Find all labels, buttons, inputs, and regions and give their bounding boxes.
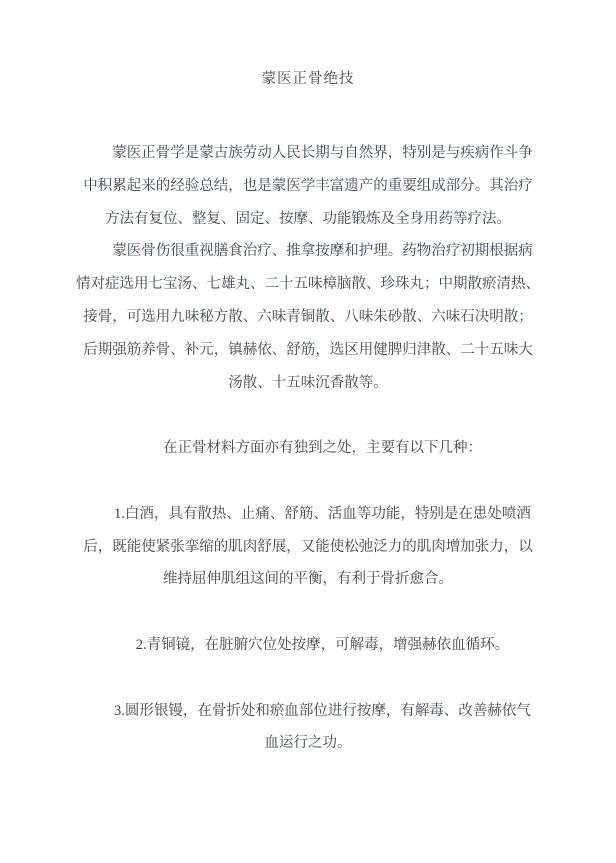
- blank-line-1: [0, 399, 616, 432]
- text-line-14: 3.圆形银镘，在骨折处和瘀血部位进行按摩，有解毒、改善赫依气: [0, 695, 616, 728]
- document-body: 蒙医正骨学是蒙古族劳动人民长期与自然界，特别是与疾病作斗争 中积累起来的经验总结…: [0, 137, 616, 760]
- text-line-12: 维持屈伸肌组这间的平衡，有利于骨折愈合。: [0, 563, 616, 596]
- text-line-7: 后期强筋养骨、补元，镇赫依、舒筋，选区用健脾归津散、二十五味大: [0, 334, 616, 367]
- blank-line-2: [0, 465, 616, 498]
- text-line-10: 1.白酒，具有散热、止痛、舒筋、活血等功能，特别是在患处喷酒: [0, 498, 616, 531]
- text-line-4: 蒙医骨伤很重视膳食治疗、推拿按摩和护理。药物治疗初期根据病: [0, 235, 616, 268]
- text-line-11: 后，既能使紧张挛缩的肌肉舒展，又能使松弛泛力的肌肉增加张力，以: [0, 531, 616, 564]
- document-title: 蒙医正骨绝技: [0, 63, 616, 96]
- text-line-13: 2.青铜镜，在脏腑穴位处按摩，可解毒，增强赫依血循环。: [0, 629, 616, 662]
- text-line-15: 血运行之功。: [0, 727, 616, 760]
- text-line-5: 情对症选用七宝汤、七雄丸、二十五味樟脑散、珍珠丸；中期散瘀清热、: [0, 268, 616, 301]
- blank-line-4: [0, 662, 616, 695]
- blank-line-3: [0, 596, 616, 629]
- text-line-2: 中积累起来的经验总结，也是蒙医学丰富遗产的重要组成部分。其治疗: [0, 170, 616, 203]
- text-line-1: 蒙医正骨学是蒙古族劳动人民长期与自然界，特别是与疾病作斗争: [0, 137, 616, 170]
- document-page: 蒙医正骨绝技 蒙医正骨学是蒙古族劳动人民长期与自然界，特别是与疾病作斗争 中积累…: [0, 0, 616, 863]
- text-line-9: 在正骨材料方面亦有独到之处，主要有以下几种：: [0, 432, 616, 465]
- text-line-8: 汤散、十五味沉香散等。: [0, 367, 616, 400]
- text-line-3: 方法有复位、整复、固定、按摩、功能锻炼及全身用药等疗法。: [0, 203, 616, 236]
- text-line-6: 接骨，可选用九味秘方散、六味青铜散、八味朱砂散、六味石决明散；: [0, 301, 616, 334]
